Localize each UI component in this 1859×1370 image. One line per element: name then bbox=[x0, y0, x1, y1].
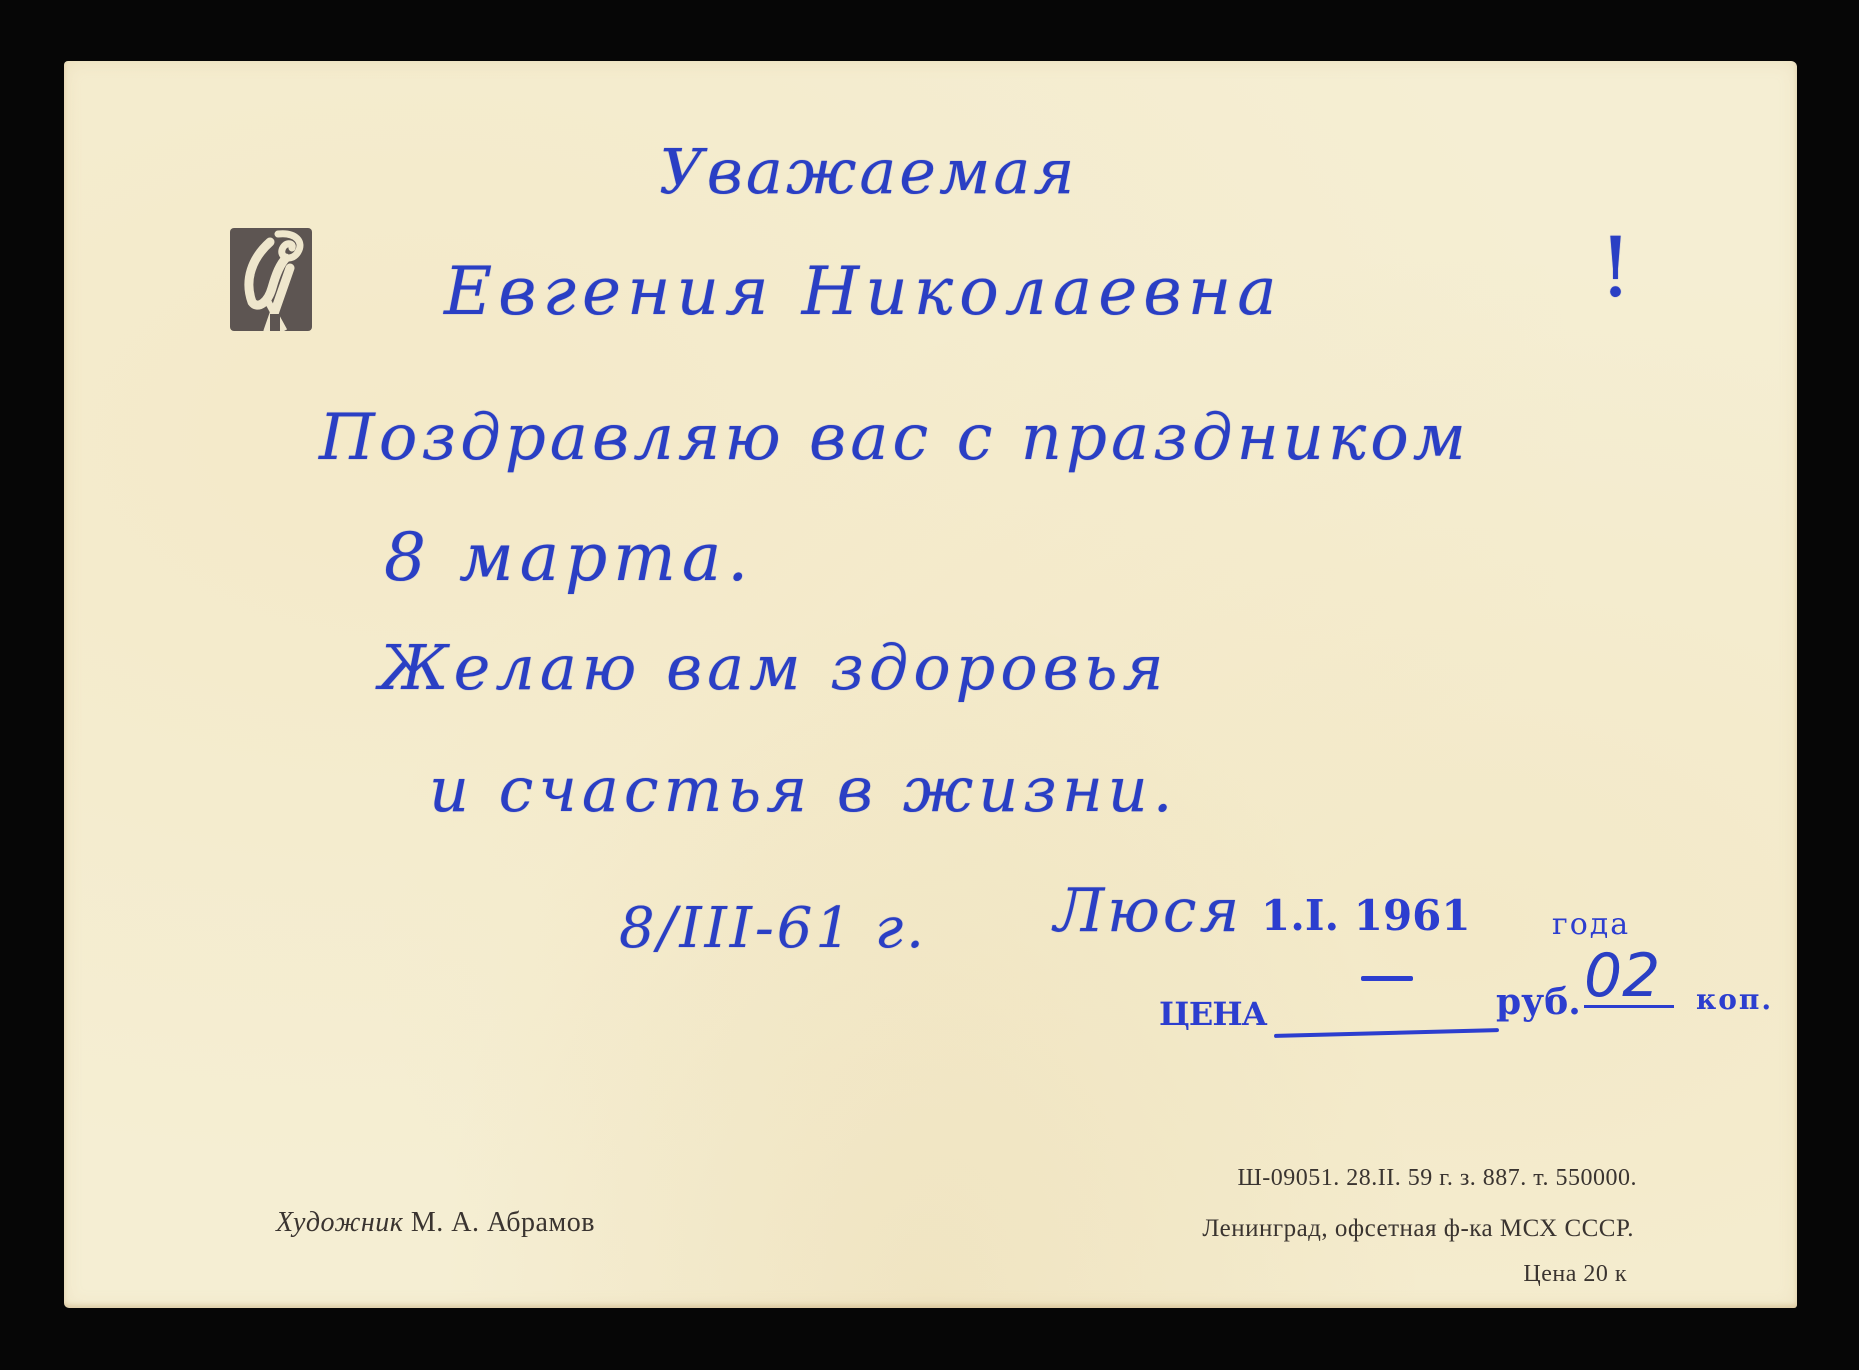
price-stamp-dash bbox=[1361, 976, 1413, 981]
imprint-printer-line: Ленинград, офсетная ф-ка МСХ СССР. bbox=[1202, 1215, 1634, 1243]
message-line-wish: Желаю вам здоровья bbox=[379, 631, 1169, 704]
message-signature: Люся bbox=[1054, 876, 1242, 946]
message-recipient-name: Евгения Николаевна bbox=[444, 253, 1283, 330]
message-exclamation: ! bbox=[1599, 221, 1635, 316]
message-line-greeting: Поздравляю вас с праздником bbox=[319, 401, 1470, 475]
message-salutation: Уважаемая bbox=[659, 135, 1077, 208]
price-stamp-kop-value: 02 bbox=[1584, 941, 1660, 1011]
imprint-order-line: Ш-09051. 28.II. 59 г. з. 887. т. 550000. bbox=[1238, 1165, 1638, 1192]
message-line-wish-end: и счастья в жизни. bbox=[429, 753, 1177, 826]
postcard: Уважаемая Евгения Николаевна ! Поздравля… bbox=[64, 61, 1797, 1308]
publisher-monogram-icon bbox=[230, 228, 312, 331]
imprint-price-line: Цена 20 к bbox=[1523, 1261, 1627, 1288]
price-stamp-line bbox=[1274, 1028, 1499, 1038]
price-stamp-year-word: года bbox=[1552, 907, 1630, 942]
artist-role: Художник bbox=[276, 1207, 403, 1238]
price-stamp-kop-underline bbox=[1584, 1005, 1674, 1008]
artist-name: М. А. Абрамов bbox=[411, 1207, 595, 1238]
price-stamp-kop-label: коп. bbox=[1696, 983, 1773, 1016]
message-line-date-occasion: 8 марта. bbox=[384, 519, 754, 596]
price-stamp-label: ЦЕНА bbox=[1159, 995, 1267, 1033]
message-date: 8/III-61 г. bbox=[619, 896, 927, 961]
artist-credit: Художник М. А. Абрамов bbox=[276, 1207, 595, 1239]
price-stamp-rub-label: руб. bbox=[1496, 981, 1581, 1023]
price-stamp-date: 1.I. 1961 bbox=[1261, 891, 1471, 940]
